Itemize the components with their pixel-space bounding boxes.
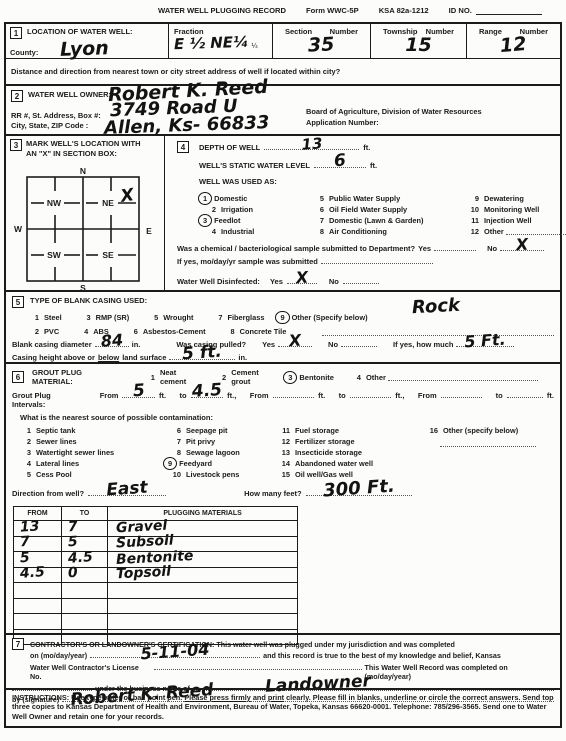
- grout-material-number: 4: [350, 373, 361, 382]
- interval1-from-value: 5: [132, 383, 145, 401]
- contamination-option: 2 Sewer lines: [20, 436, 170, 447]
- disinfected-no-field: [343, 276, 379, 284]
- section-4-well-details: 4 DEPTH OF WELL 13 ft. WELL'S STATIC WAT…: [165, 136, 566, 290]
- section-3-location-box: 3 MARK WELL'S LOCATION WITH AN "X" IN SE…: [6, 136, 165, 290]
- pulled-yes-field: X: [278, 339, 312, 347]
- depth-of-well-label: DEPTH OF WELL: [199, 143, 260, 152]
- use-option-label: Dewatering: [484, 194, 524, 203]
- casing-option-label: Concrete Tile: [240, 327, 287, 336]
- county-cell: 1 LOCATION OF WATER WELL: County: Lyon: [6, 24, 168, 58]
- ft-label-2: ft.: [318, 391, 325, 400]
- depth-of-well-value: 13: [301, 136, 323, 152]
- contamination-option-label: Sewer lines: [36, 437, 77, 446]
- use-option-label: Monitoring Well: [484, 205, 539, 214]
- contamination-column-1: 1 Septic tank 2 Sewer lines 3 Watertight…: [20, 425, 170, 480]
- interval3-to-field: [507, 390, 543, 398]
- casing-height-value: 5 ft.: [182, 344, 223, 364]
- casing-height-field: 5 ft.: [169, 352, 235, 360]
- to-cell: [62, 598, 108, 614]
- casing-option-number: 3: [80, 313, 91, 322]
- contamination-option: 7 Pit privy: [170, 436, 276, 447]
- range-number-cell: Range Number 12: [466, 24, 560, 58]
- contamination-option: 8 Sewage lagoon: [170, 447, 276, 458]
- section-number-cell: Section Number 35: [272, 24, 370, 58]
- casing-option-label: Steel: [44, 313, 62, 322]
- contamination-option-label: Oil well/Gas well: [295, 470, 353, 479]
- township-number-cell: Township Number 15: [370, 24, 466, 58]
- disinfected-yes-label: Yes: [270, 277, 283, 286]
- license-number-label: Water Well Contractor's License No.: [30, 664, 151, 683]
- plugging-table-body: 13 7 Gravel 7 5 Subsoil 5 4.5 Bentonite: [14, 521, 298, 645]
- casing-height-below-word: below: [98, 353, 119, 362]
- section-7-certification: 7 CONTRACTOR'S OR LANDOWNER'S CERTIFICAT…: [4, 633, 562, 690]
- from-value: 5: [20, 550, 31, 565]
- casing-option-number: 5: [147, 313, 158, 322]
- material-cell: Topsoil: [108, 567, 298, 583]
- to-value: 5: [68, 535, 79, 550]
- casing-other-blank-line: [322, 328, 554, 336]
- material-cell: [108, 598, 298, 614]
- county-label: County:: [10, 48, 38, 57]
- use-option-number: 12: [465, 227, 479, 236]
- pulled-no-field: [341, 339, 377, 347]
- use-option: 3 Feedlot: [205, 215, 313, 226]
- how-much-field: 5 Ft.: [456, 339, 514, 347]
- section-box-grid: N S W E NW NE SW SE X: [10, 165, 160, 298]
- contamination-option-number: 1: [20, 426, 31, 435]
- contamination-option-number: 12: [276, 437, 290, 446]
- to-label-1: to: [180, 391, 187, 400]
- chem-yes-label: Yes: [418, 244, 431, 253]
- quadrant-nw-label: NW: [47, 198, 62, 208]
- license-number-field: [154, 662, 362, 670]
- grout-material-option: 3 Bentonite: [290, 371, 334, 384]
- other-use-blank-line: [506, 228, 566, 235]
- casing-height-pre: Casing height above or: [12, 353, 95, 362]
- feet-field: 300 Ft.: [306, 488, 412, 496]
- static-unit: ft.: [370, 161, 377, 170]
- quadrant-se-label: SE: [102, 250, 114, 260]
- material-value: Topsoil: [116, 565, 172, 582]
- contamination-option-number: 8: [170, 448, 181, 457]
- section-3-number: 3: [10, 139, 22, 151]
- disinfected-label: Water Well Disinfected:: [177, 277, 260, 286]
- fraction-value: E ½ NE¼: [174, 35, 249, 53]
- agency-block: Board of Agriculture, Division of Water …: [306, 106, 482, 128]
- statute-reference: KSA 82a-1212: [379, 6, 429, 15]
- grout-material-option: 2 Cement grout: [215, 368, 274, 386]
- section-3-title-line1: MARK WELL'S LOCATION WITH: [26, 139, 141, 148]
- section-1-location: 1 LOCATION OF WATER WELL: County: Lyon F…: [4, 22, 562, 86]
- use-option-label: Industrial: [221, 227, 254, 236]
- section-grid-svg: N S W E NW NE SW SE X: [10, 165, 160, 293]
- casing-option-label: PVC: [44, 327, 59, 336]
- pulled-no-label: No: [328, 340, 338, 349]
- contamination-option-number: 3: [20, 448, 31, 457]
- contamination-option-label: Fuel storage: [295, 426, 339, 435]
- contamination-option-number: 2: [20, 437, 31, 446]
- contamination-option-number: 9: [163, 457, 177, 470]
- use-option-number: 9: [465, 194, 479, 203]
- instructions-seg1: INSTRUCTIONS: Use typewriter or ball poi…: [12, 693, 184, 702]
- quadrant-ne-label: NE: [102, 198, 114, 208]
- section-2-owner: 2 WATER WELL OWNER: RR #, St. Address, B…: [4, 84, 562, 136]
- use-option: 5 Public Water Supply: [313, 193, 465, 204]
- contamination-option-label: Abandoned water well: [295, 459, 373, 468]
- contamination-column-2: 6 Seepage pit 7 Pit privy 8 Sewage lagoo…: [170, 425, 276, 480]
- use-option-label: Air Conditioning: [329, 227, 387, 236]
- chemical-sample-question: Was a chemical / bacteriological sample …: [177, 244, 415, 253]
- disinfected-yes-x-mark: X: [295, 270, 308, 287]
- distance-question-row: Distance and direction from nearest town…: [6, 58, 560, 84]
- casing-height-unit: in.: [238, 353, 247, 362]
- feet-value: 300 Ft.: [322, 478, 395, 501]
- completed-date-field: 5-11-04: [90, 650, 260, 658]
- completed-on-label: on (mo/day/year): [30, 652, 87, 661]
- section-6-title: GROUT PLUG MATERIAL:: [32, 368, 122, 386]
- from-cell: [14, 598, 62, 614]
- material-cell: [108, 614, 298, 630]
- contamination-option: 9 Feedyard: [170, 458, 276, 469]
- contamination-option-label: Feedyard: [179, 459, 212, 468]
- fraction-quarter-suffix: ¼: [252, 41, 258, 50]
- certification-line-1: CONTRACTOR'S OR LANDOWNER'S CERTIFICATIO…: [30, 641, 455, 650]
- id-number-field: ID NO.: [449, 6, 542, 15]
- casing-option-label: Wrought: [163, 313, 193, 322]
- how-much-value: 5 Ft.: [464, 332, 506, 351]
- use-option-number: 10: [465, 205, 479, 214]
- contamination-option-number: 7: [170, 437, 181, 446]
- use-option-number: 7: [313, 216, 324, 225]
- compass-north-label: N: [80, 166, 86, 176]
- plugging-table-row: [14, 598, 298, 614]
- casing-option-label: Asbestos-Cement: [143, 327, 206, 336]
- static-water-level-value: 6: [333, 153, 346, 171]
- use-option-label: Domestic: [214, 194, 247, 203]
- grout-other-blank-line: [388, 374, 538, 381]
- use-option: 1 Domestic: [205, 193, 313, 204]
- direction-field: East: [88, 488, 166, 496]
- contamination-option-label: Septic tank: [36, 426, 75, 435]
- interval1-to-field: 4.5: [191, 390, 224, 398]
- contamination-option-number: 11: [276, 426, 290, 435]
- grout-material-number: 3: [283, 371, 297, 384]
- from-label-3: From: [418, 391, 437, 400]
- compass-east-label: E: [146, 226, 152, 236]
- from-value: 4.5: [20, 565, 46, 581]
- well-used-as-label: WELL WAS USED AS:: [199, 177, 277, 186]
- chem-no-label: No: [487, 244, 497, 253]
- contamination-option-number: 4: [20, 459, 31, 468]
- use-option: 2 Irrigation: [205, 204, 313, 215]
- contamination-option-number: 15: [276, 470, 290, 479]
- if-yes-sample-label: If yes, mo/day/yr sample was submitted: [177, 257, 318, 266]
- contamination-column-3: 11 Fuel storage 12 Fertilizer storage 13…: [276, 425, 424, 480]
- contamination-option: 1 Septic tank: [20, 425, 170, 436]
- interval2-to-field: [350, 390, 392, 398]
- from-label-2: From: [250, 391, 269, 400]
- casing-type-row-1: 1 Steel 3 RMP (SR) 5 Wrought 7 Fiberglas…: [28, 311, 554, 324]
- contamination-option-number: 6: [170, 426, 181, 435]
- material-cell: Subsoil: [108, 536, 298, 552]
- form-number: Form WWC-5P: [306, 6, 359, 15]
- use-option: 4 Industrial: [205, 226, 313, 237]
- contamination-other-blank-line: [440, 439, 536, 447]
- ft-comma-label-1: ft.,: [227, 391, 236, 400]
- contamination-option: 6 Seepage pit: [170, 425, 276, 436]
- ft-comma-label-2: ft.,: [395, 391, 404, 400]
- casing-option-number: 7: [211, 313, 222, 322]
- water-well-plugging-record-form: WATER WELL PLUGGING RECORD Form WWC-5P K…: [0, 0, 566, 741]
- agency-name: Board of Agriculture, Division of Water …: [306, 106, 482, 117]
- contamination-option: 11 Fuel storage: [276, 425, 424, 436]
- quadrant-sw-label: SW: [47, 250, 62, 260]
- section-5-title: TYPE OF BLANK CASING USED:: [30, 296, 147, 305]
- use-option-label: Oil Field Water Supply: [329, 205, 407, 214]
- contamination-options: 1 Septic tank 2 Sewer lines 3 Watertight…: [20, 425, 554, 480]
- interval1-from-field: 5: [122, 390, 155, 398]
- contamination-column-4: 16 Other (specify below): [424, 425, 554, 480]
- contamination-option: 3 Watertight sewer lines: [20, 447, 170, 458]
- section-6-number: 6: [12, 371, 24, 383]
- use-option-label: Domestic (Lawn & Garden): [329, 216, 423, 225]
- interval1-to-value: 4.5: [191, 382, 222, 401]
- casing-option-number: 8: [224, 327, 235, 336]
- material-value: Subsoil: [116, 534, 174, 551]
- from-label-1: From: [100, 391, 119, 400]
- grout-intervals-label: Grout Plug Intervals:: [12, 391, 79, 409]
- contamination-option-label: Pit privy: [186, 437, 215, 446]
- casing-option: 5 Wrought: [147, 313, 193, 322]
- section-4-number: 4: [177, 141, 189, 153]
- uses-column-3: 9 Dewatering 10 Monitoring Well 11: [465, 193, 566, 237]
- contamination-question: What is the nearest source of possible c…: [20, 413, 213, 422]
- casing-option-number: 2: [28, 327, 39, 336]
- use-option-number: 5: [313, 194, 324, 203]
- contamination-option-label: Livestock pens: [186, 470, 239, 479]
- certification-line-2-rest: and this record is true to the best of m…: [263, 652, 501, 661]
- sample-date-field: [321, 256, 433, 264]
- casing-option: 9 Other (Specify below): [282, 311, 367, 324]
- form-header: WATER WELL PLUGGING RECORD Form WWC-5P K…: [0, 0, 566, 22]
- contamination-option-label: Cess Pool: [36, 470, 72, 479]
- id-label: ID NO.: [449, 6, 472, 15]
- use-option: 11 Injection Well: [465, 215, 566, 226]
- from-cell: 7: [14, 536, 62, 552]
- use-option: 8 Air Conditioning: [313, 226, 465, 237]
- to-cell: [62, 583, 108, 599]
- material-cell: [108, 583, 298, 599]
- contamination-option-label: Seepage pit: [186, 426, 227, 435]
- use-option-label: Other: [484, 227, 504, 236]
- contamination-option: 13 Insecticide storage: [276, 447, 424, 458]
- id-blank-line: [476, 8, 542, 15]
- from-value: 7: [20, 535, 31, 550]
- compass-west-label: W: [14, 224, 23, 234]
- chem-yes-field: [434, 243, 476, 251]
- how-many-feet-label: How many feet?: [244, 489, 302, 498]
- use-option-label: Irrigation: [221, 205, 253, 214]
- disinfected-yes-field: X: [287, 276, 317, 284]
- casing-other-value: Rock: [412, 297, 461, 317]
- use-option-label: Injection Well: [484, 216, 532, 225]
- plugging-materials-table: FROM TO PLUGGING MATERIALS 13 7 Gravel 7: [13, 506, 298, 645]
- uses-column-1: 1 Domestic 2 Irrigation 3 Feedlot: [205, 193, 313, 237]
- casing-option-label: Other (Specify below): [292, 313, 368, 322]
- contamination-option-number: 13: [276, 448, 290, 457]
- direction-from-well-label: Direction from well?: [12, 489, 84, 498]
- use-option-number: 8: [313, 227, 324, 236]
- casing-option-number: 4: [77, 327, 88, 336]
- distance-question: Distance and direction from nearest town…: [11, 67, 340, 76]
- use-option-number: 3: [198, 214, 212, 227]
- to-value: 7: [68, 519, 79, 534]
- contamination-option: 10 Livestock pens: [170, 469, 276, 480]
- use-option-label: Public Water Supply: [329, 194, 400, 203]
- how-much-label: If yes, how much: [393, 340, 453, 349]
- instructions-print: print: [268, 693, 284, 702]
- casing-option: 6 Asbestos-Cement: [127, 327, 206, 336]
- to-label-2: to: [339, 391, 346, 400]
- interval2-from-field: [273, 390, 315, 398]
- chem-no-x-mark: X: [515, 237, 528, 254]
- to-cell: [62, 614, 108, 630]
- section-1-title: LOCATION OF WATER WELL:: [27, 27, 133, 36]
- direction-value: East: [106, 480, 148, 500]
- contamination-option-number: 5: [20, 470, 31, 479]
- grout-material-label: Other: [366, 373, 386, 382]
- section-3-4-row: 3 MARK WELL'S LOCATION WITH AN "X" IN SE…: [4, 134, 562, 292]
- section-6-grout-plug: 6 GROUT PLUG MATERIAL: 1 Neat cement 2 C…: [4, 362, 562, 635]
- grout-material-label: Cement grout: [231, 368, 274, 386]
- interval3-from-field: [441, 390, 483, 398]
- to-value: 4.5: [68, 550, 94, 566]
- contamination-option: 12 Fertilizer storage: [276, 436, 424, 447]
- ft-label-3: ft.: [547, 391, 554, 400]
- contamination-option-label: Lateral lines: [36, 459, 79, 468]
- application-number-label: Application Number:: [306, 117, 482, 128]
- contamination-option-label: Sewage lagoon: [186, 448, 240, 457]
- section-3-title-line2: AN "X" IN SECTION BOX:: [26, 149, 117, 158]
- casing-row2-list: 2 PVC 4 ABS 6 Asbestos-Cement 8: [28, 327, 304, 336]
- use-option-number: 6: [313, 205, 324, 214]
- instructions-seg3: and: [251, 693, 268, 702]
- depth-unit: ft.: [363, 143, 370, 152]
- casing-option-label: Fiberglass: [227, 313, 264, 322]
- use-option-label: Feedlot: [214, 216, 240, 225]
- contamination-option: 16 Other (specify below): [424, 425, 554, 436]
- to-label-3: to: [496, 391, 503, 400]
- contamination-option-number: 16: [424, 426, 438, 435]
- casing-option: 1 Steel: [28, 313, 62, 322]
- depth-of-well-field: 13: [264, 142, 359, 150]
- disinfected-no-label: No: [329, 277, 339, 286]
- from-cell: [14, 583, 62, 599]
- plugging-table-row: [14, 614, 298, 630]
- casing-diameter-field: 84: [95, 339, 129, 347]
- fraction-cell: Fraction E ½ NE¼ ¼: [168, 24, 272, 58]
- section-value: 35: [308, 35, 335, 55]
- casing-option-number: 9: [275, 311, 289, 324]
- well-use-options: 1 Domestic 2 Irrigation 3 Feedlot: [205, 193, 566, 237]
- grout-material-number: 1: [144, 373, 155, 382]
- uses-column-2: 5 Public Water Supply 6 Oil Field Water …: [313, 193, 465, 237]
- contamination-option-label: Fertilizer storage: [295, 437, 355, 446]
- section-1-number: 1: [10, 27, 22, 39]
- chem-no-field: X: [500, 243, 544, 251]
- contamination-option-number: 14: [276, 459, 290, 468]
- casing-option: 3 RMP (SR): [80, 313, 130, 322]
- casing-option-number: 6: [127, 327, 138, 336]
- township-value: 15: [405, 36, 431, 55]
- casing-diameter-label: Blank casing diameter: [12, 340, 92, 349]
- grout-material-label: Bentonite: [299, 373, 334, 382]
- county-value: Lyon: [60, 39, 109, 60]
- from-cell: [14, 614, 62, 630]
- contamination-option: 5 Cess Pool: [20, 469, 170, 480]
- contamination-option: 4 Lateral lines: [20, 458, 170, 469]
- casing-diameter-unit: in.: [132, 340, 141, 349]
- pulled-yes-label: Yes: [262, 340, 275, 349]
- form-title: WATER WELL PLUGGING RECORD: [158, 6, 286, 15]
- ft-label-1: ft.: [159, 391, 166, 400]
- to-value: 0: [68, 566, 79, 581]
- casing-height-post: land surface: [122, 353, 166, 362]
- owner-label: WATER WELL OWNER:: [28, 90, 111, 99]
- use-option: 7 Domestic (Lawn & Garden): [313, 215, 465, 226]
- casing-option-number: 1: [28, 313, 39, 322]
- section-2-number: 2: [11, 90, 23, 102]
- static-water-level-label: WELL'S STATIC WATER LEVEL: [199, 161, 310, 170]
- use-option-number: 4: [205, 227, 216, 236]
- section-5-casing: 5 TYPE OF BLANK CASING USED: 1 Steel 3 R…: [4, 290, 562, 364]
- use-option: 10 Monitoring Well: [465, 204, 566, 215]
- static-water-level-field: 6: [314, 160, 366, 168]
- range-value: 12: [499, 35, 527, 56]
- contamination-option-label: Insecticide storage: [295, 448, 362, 457]
- contamination-option: 14 Abandoned water well: [276, 458, 424, 469]
- use-option: 6 Oil Field Water Supply: [313, 204, 465, 215]
- contamination-option-label: Other (specify below): [443, 426, 518, 435]
- pulled-yes-x-mark: X: [288, 333, 301, 350]
- grout-material-option: 4 Other: [350, 373, 538, 382]
- use-option-number: 2: [205, 205, 216, 214]
- casing-option: 7 Fiberglass: [211, 313, 264, 322]
- completed-date-value: 5-11-04: [140, 642, 210, 663]
- from-value: 13: [20, 519, 40, 534]
- plugging-table-row: 4.5 0 Topsoil: [14, 567, 298, 583]
- plugging-table-row: [14, 583, 298, 599]
- well-location-x-mark: X: [118, 185, 136, 207]
- casing-option: 8 Concrete Tile: [224, 327, 287, 336]
- use-option: 9 Dewatering: [465, 193, 566, 204]
- section-5-number: 5: [12, 296, 24, 308]
- instructions-box: INSTRUCTIONS: Use typewriter or ball poi…: [4, 688, 562, 728]
- record-completed-label: This Water Well Record was completed on …: [365, 664, 554, 683]
- contamination-other: 16 Other (specify below): [424, 425, 554, 436]
- casing-option-label: RMP (SR): [96, 313, 130, 322]
- use-option-number: 1: [198, 192, 212, 205]
- to-cell: 0: [62, 567, 108, 583]
- use-option-number: 11: [465, 216, 479, 225]
- instructions-press-firmly: Please press firmly: [184, 693, 251, 702]
- casing-diameter-value: 84: [100, 332, 123, 350]
- casing-option: 2 PVC: [28, 327, 59, 336]
- contamination-option-number: 10: [170, 470, 181, 479]
- from-cell: 4.5: [14, 567, 62, 583]
- contamination-option-label: Watertight sewer lines: [36, 448, 114, 457]
- section-7-number: 7: [12, 638, 24, 650]
